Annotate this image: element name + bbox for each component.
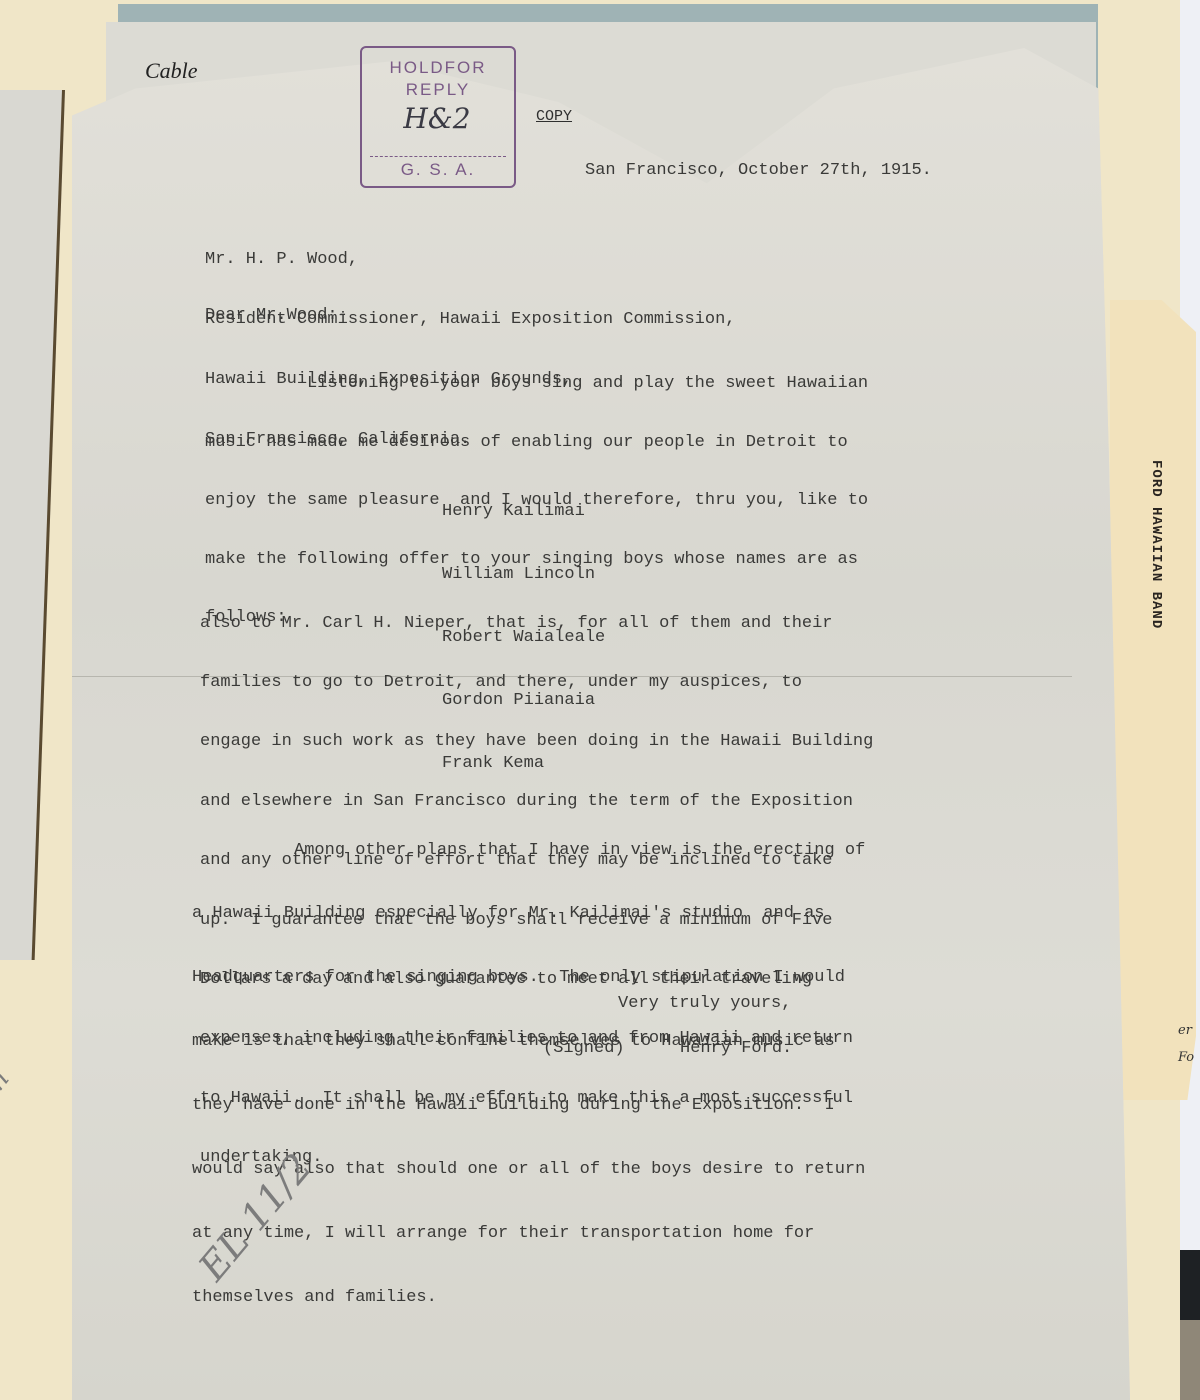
text-line: at any time, I will arrange for their tr… <box>192 1223 865 1244</box>
address-line: Mr. H. P. Wood, <box>205 250 736 270</box>
text-line: engage in such work as they have been do… <box>200 732 873 752</box>
folder-tab <box>1110 300 1196 1100</box>
hold-for-reply-stamp: HOLDFOR REPLY H&2 G. S. A. <box>360 46 516 188</box>
stamp-line-1: HOLDFOR <box>362 58 514 78</box>
edge-note: er <box>1178 1023 1192 1038</box>
stamp-line-3: G. S. A. <box>362 160 514 180</box>
closing: Very truly yours, <box>618 993 791 1014</box>
edge-note: Fo <box>1178 1050 1194 1065</box>
text-line: they have done in the Hawaii Building du… <box>192 1095 865 1116</box>
text-line: Headquarters for the singing boys. The o… <box>192 967 865 988</box>
letterhead-fragment: Cable <box>145 58 198 84</box>
signed-label: (Signed) <box>543 1038 625 1059</box>
text-line: also to Mr. Carl H. Nieper, that is, for… <box>200 614 873 634</box>
salutation: Dear Mr.Wood:- <box>205 305 348 326</box>
paragraph-3: Among other plans that I have in view is… <box>192 797 865 1329</box>
text-line: Among other plans that I have in view is… <box>192 840 865 861</box>
date-line: San Francisco, October 27th, 1915. <box>585 160 932 181</box>
stamp-line-2: REPLY <box>362 80 514 100</box>
text-line: a Hawaii Building especially for Mr. Kai… <box>192 903 865 924</box>
folder-tab-label: FORD HAWAIIAN BAND <box>1148 460 1164 629</box>
text-line: themselves and families. <box>192 1287 865 1308</box>
signer-name: Henry Ford. <box>680 1038 792 1059</box>
text-line: music has made me desirous of enabling o… <box>205 433 868 453</box>
text-line: families to go to Detroit, and there, un… <box>200 673 873 693</box>
stamp-scrawl: H&2 <box>402 102 472 152</box>
text-line: Listening to your boys sing and play the… <box>205 374 868 394</box>
stamp-divider <box>370 156 506 157</box>
band-member: Henry Kailimai <box>442 501 605 522</box>
copy-label: COPY <box>536 108 572 125</box>
